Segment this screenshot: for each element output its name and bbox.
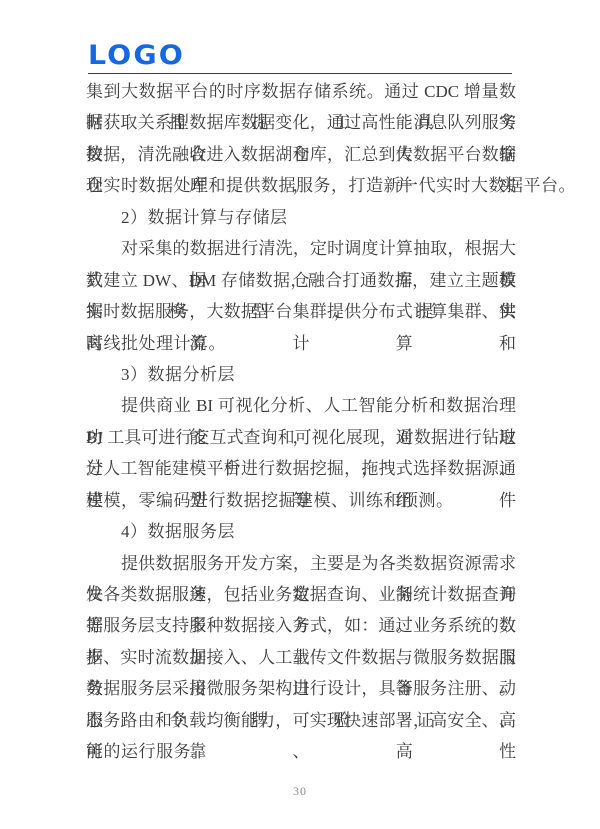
text-line: 过人工智能建模平台进行数据挖掘，拖拽式选择数据源、模型等组件: [86, 453, 516, 484]
text-line: 服务路由和负载均衡能力，可实现快速部署，高安全、高可靠、高性: [86, 705, 516, 736]
page-header: LOGO: [88, 0, 512, 74]
text-line: 据服务层支持多种数据接入方式，如：通过业务系统的数据加载与同: [86, 610, 516, 641]
page-footer: 30: [0, 782, 600, 800]
text-line: 对采集的数据进行清洗，定时调度计算抽取，根据大数据仓库模: [86, 233, 516, 264]
text-line: 2）数据计算与存储层: [86, 202, 516, 233]
text-line: 提供数据服务开发方案，主要是为各类数据资源需求快速定制开: [86, 548, 516, 579]
text-line: 现实时数据处理和提供数据服务，打造新一代实时大数据平台。: [86, 170, 516, 201]
text-line: 4）数据服务层: [86, 516, 516, 547]
header-divider: [88, 73, 512, 74]
document-lines: 集到大数据平台的时序数据存储系统。通过 CDC 增量数据捕捉工具实时获取关系型数…: [86, 76, 516, 768]
text-line: 时获取关系型数据库数据变化，通过高性能消息队列服务接收和传输: [86, 107, 516, 138]
text-line: 式建立 DW、DM 存储数据，融合打通数据，建立主题数据模型，提供: [86, 265, 516, 296]
text-line: 3）数据分析层: [86, 359, 516, 390]
text-line: BI 工具可进行交互式查询和可视化展现，对数据进行钻取分析，通: [86, 422, 516, 453]
text-line: 步、实时流数据接入、人工上传文件数据、微服务数据服务接口等。: [86, 642, 516, 673]
company-logo: LOGO: [88, 43, 185, 69]
document-page: LOGO 集到大数据平台的时序数据存储系统。通过 CDC 增量数据捕捉工具实时获…: [0, 0, 600, 829]
text-line: 发各类数据服务，包括业务数据查询、业务统计数据查询等服务。数: [86, 579, 516, 610]
page-number: 30: [293, 784, 307, 798]
text-line: 数据，清洗融合进入数据湖仓库，汇总到大数据平台数据仓库，并实: [86, 139, 516, 170]
text-line: 实时数据服务，大数据平台集群提供分布式计算集群、实时流计算和: [86, 296, 516, 327]
text-line: 数据服务层采用微服务架构进行设计，具备服务注册、动态令牌验证、: [86, 673, 516, 704]
text-line: 集到大数据平台的时序数据存储系统。通过 CDC 增量数据捕捉工具实: [86, 76, 516, 107]
text-line: 建模，零编码进行数据挖掘建模、训练和预测。: [86, 485, 516, 516]
text-line: 提供商业 BI 可视化分析、人工智能分析和数据治理功能，通过: [86, 390, 516, 421]
